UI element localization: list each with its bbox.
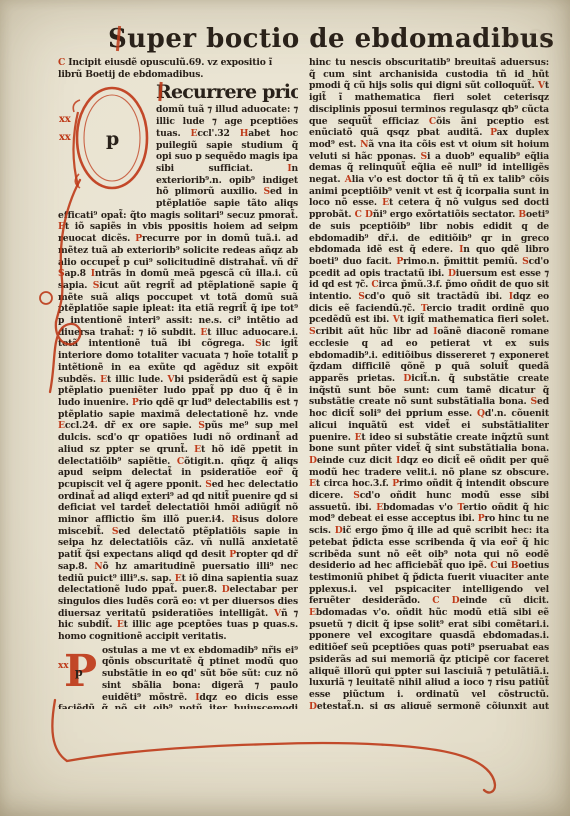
guide-letter: p xyxy=(106,128,119,150)
rubricator-mark: xx xyxy=(59,132,72,143)
bleedthrough-ghost-text: O pu xyxy=(494,26,544,48)
left-column-body: p xx xx Recurrere priori domũ tuã ⁊ illu… xyxy=(58,81,298,642)
incipit-line: C Incipit eiusdẽ opusculũ.69. vz exposit… xyxy=(58,57,298,80)
rubricator-mark: xx xyxy=(58,661,69,671)
left-paragraph-2-block: P p xx ostulas a me vt ex ebdomadib⁹ nr̃… xyxy=(58,645,298,709)
guide-letter: p xyxy=(75,666,83,679)
decorated-initial-p-small: P p xx xyxy=(58,646,98,693)
right-column: hinc tu nescis obscuritatib⁹ breuitas̃ a… xyxy=(309,57,549,709)
chapter-heading: Recurrere priori xyxy=(58,81,298,103)
left-column: C Incipit eiusdẽ opusculũ.69. vz exposit… xyxy=(58,57,298,709)
text-columns: C Incipit eiusdẽ opusculũ.69. vz exposit… xyxy=(58,57,550,709)
page-title: Super boctio de ebdomadibus xyxy=(108,24,546,54)
rubricator-mark: xx xyxy=(59,114,72,125)
incunable-page-photo: Super boctio de ebdomadibus O pu C Incip… xyxy=(0,0,570,816)
penwork-initial-icon: P p xx xyxy=(58,646,98,693)
right-column-text: hinc tu nescis obscuritatib⁹ breuitas̃ a… xyxy=(309,57,549,709)
